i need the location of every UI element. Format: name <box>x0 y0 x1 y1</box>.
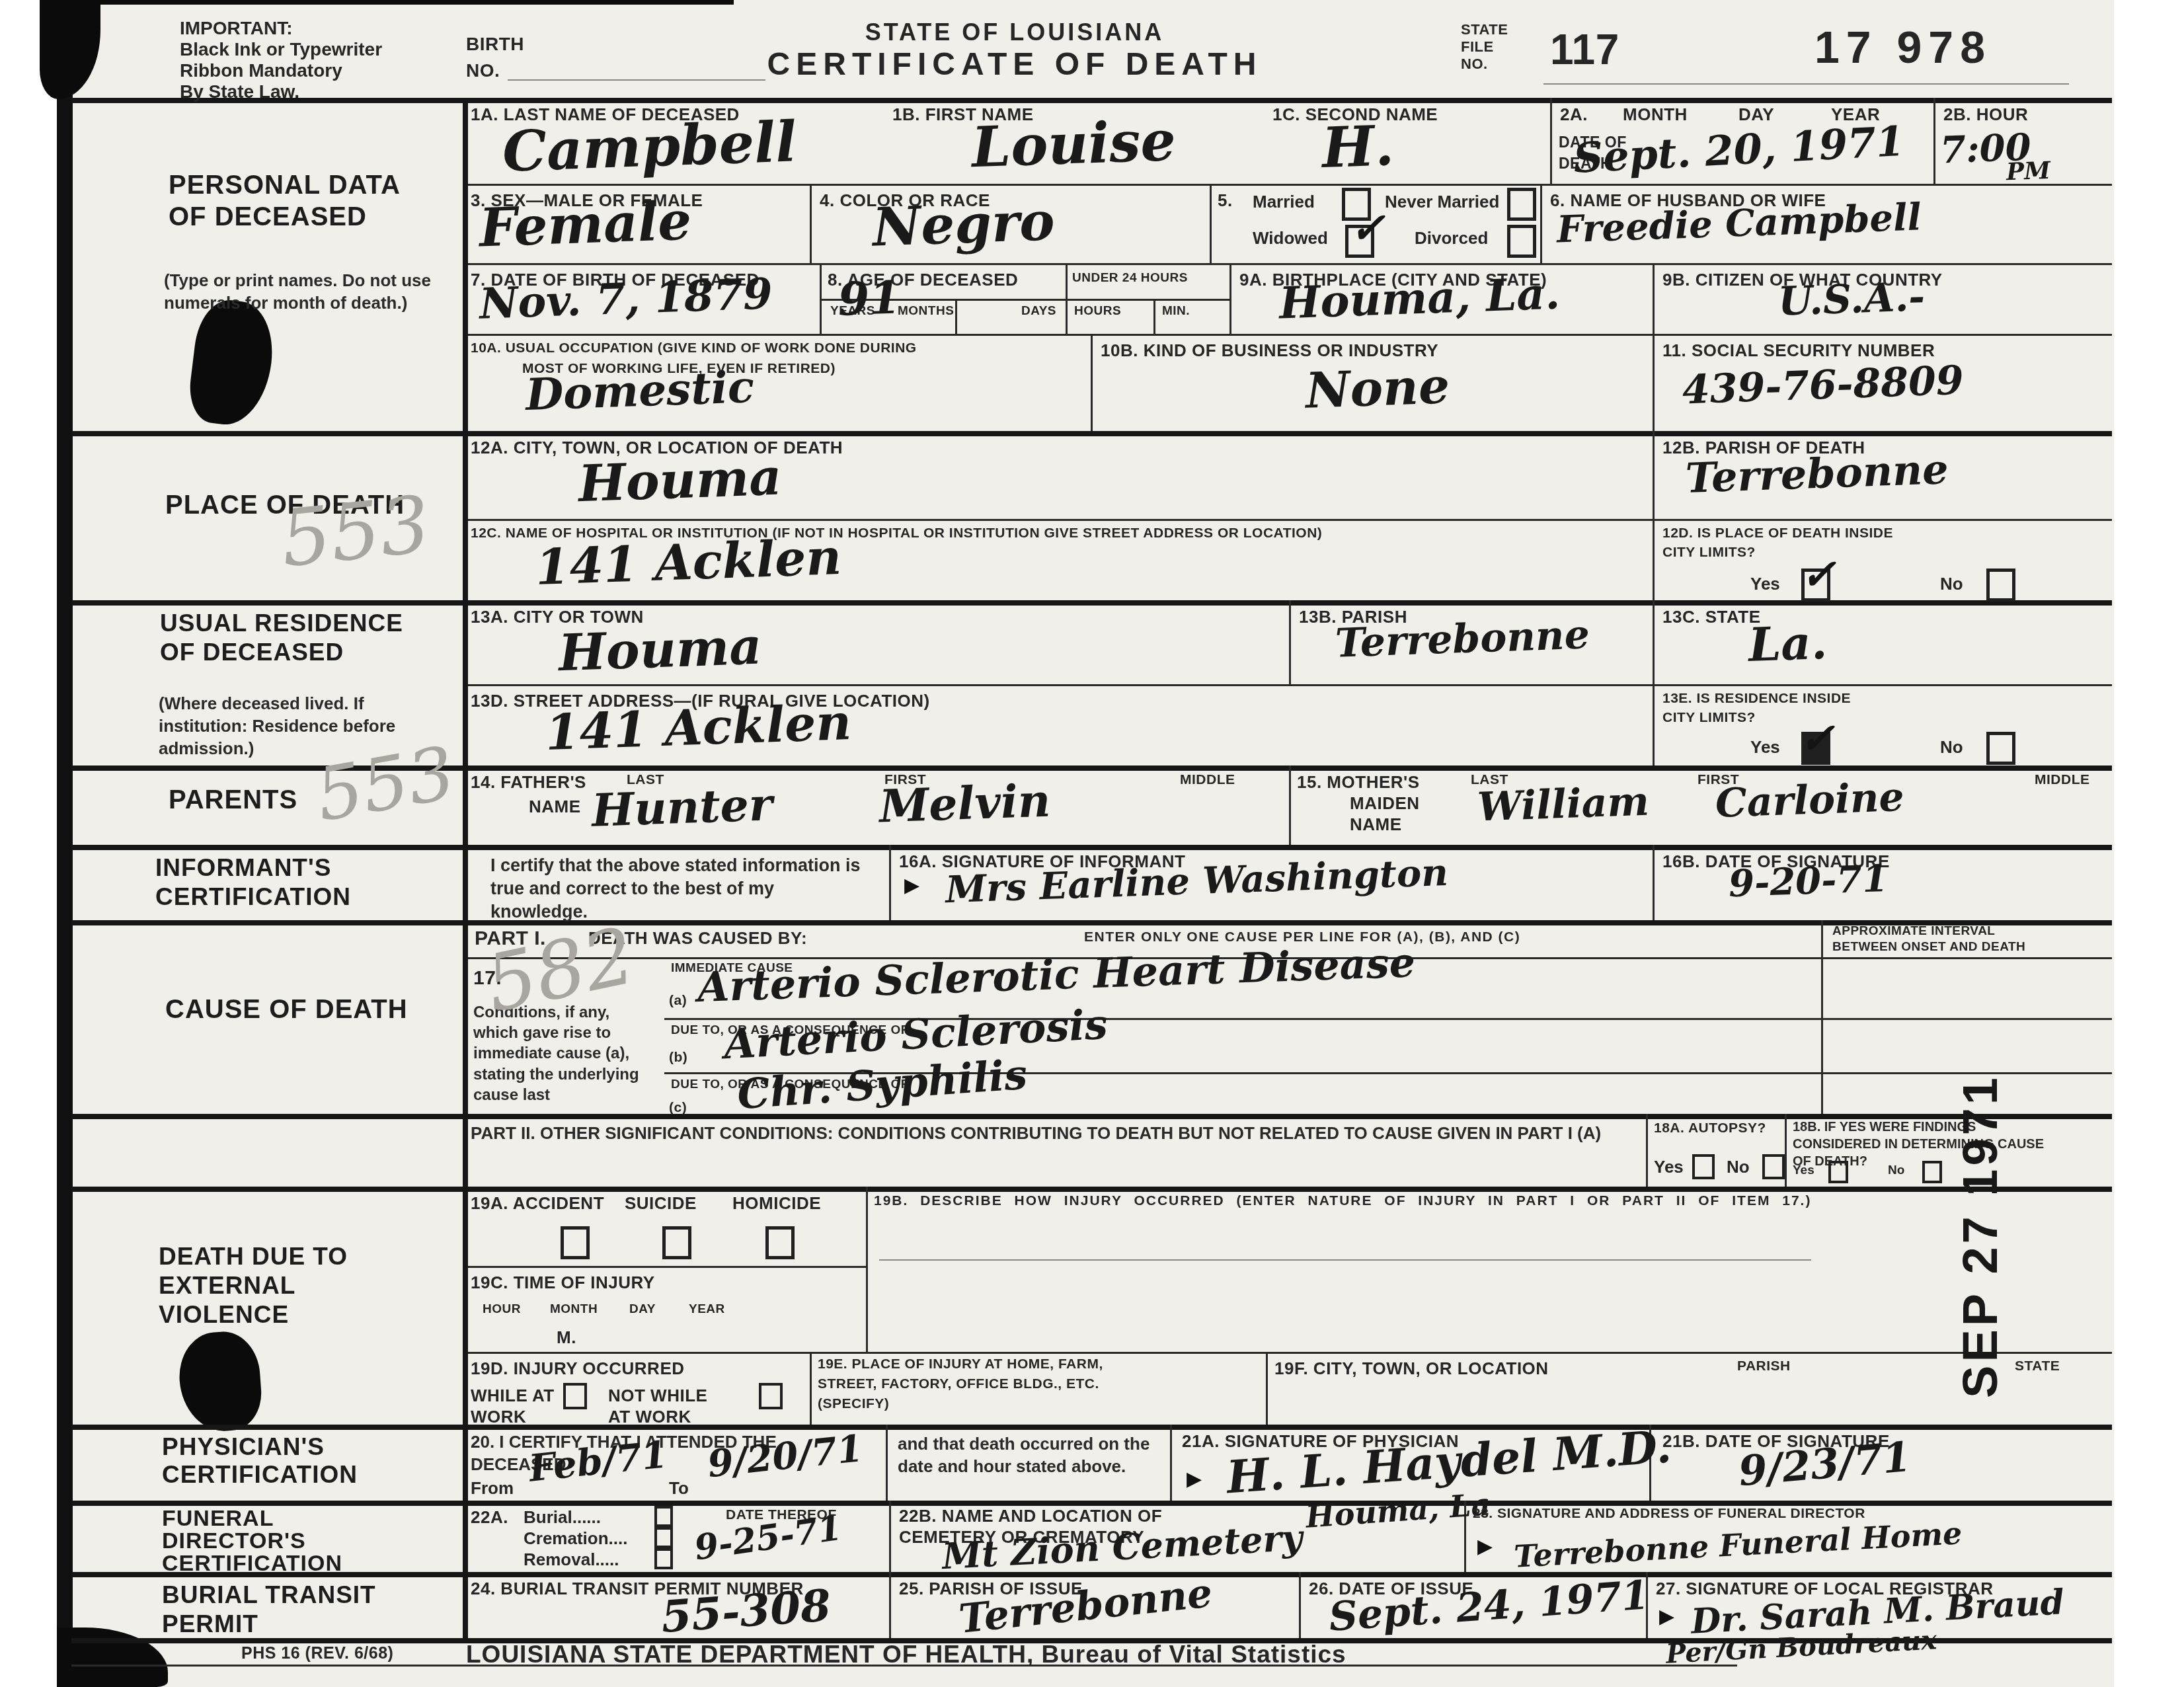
important-note-line3: Ribbon Mandatory <box>180 59 342 81</box>
field-18b-yes: Yes <box>1793 1163 1814 1178</box>
rule <box>955 299 957 334</box>
rule <box>1153 299 1155 334</box>
rule <box>1170 1425 1172 1501</box>
field-8-months: MONTHS <box>898 304 954 319</box>
informant-certify-text: I certify that the above stated informat… <box>490 854 874 923</box>
rule <box>463 519 2112 521</box>
section-personal-data: PERSONAL DATA <box>169 171 401 200</box>
field-2b-ampm: PM <box>2006 157 2050 186</box>
rule <box>1289 600 1291 684</box>
while-at-work-checkbox <box>563 1383 587 1409</box>
interval-label2: BETWEEN ONSET AND DEATH <box>1832 940 2025 955</box>
field-19d-while1: WHILE AT <box>471 1386 555 1406</box>
rule <box>71 98 2112 103</box>
rule <box>71 920 2112 925</box>
field-22a-cremation: Cremation.... <box>524 1528 627 1549</box>
registrar-arrow-icon: ▶ <box>1659 1605 1674 1628</box>
field-19d-notwhile2: AT WORK <box>608 1407 691 1427</box>
field-12b-value: Terrebonne <box>1685 445 1949 502</box>
field-13c-value: La. <box>1748 615 1828 672</box>
field-13a-value: Houma <box>558 617 763 683</box>
field-8-hours: HOURS <box>1074 304 1121 319</box>
field-20-occurred: and that death occurred on the date and … <box>898 1433 1162 1478</box>
field-12c-value: 141 Acklen <box>535 529 843 596</box>
homicide-checkbox <box>765 1226 795 1259</box>
field-19c-m: M. <box>557 1327 576 1348</box>
field-12d-yes: Yes <box>1750 574 1780 594</box>
rule <box>71 1501 2112 1506</box>
important-note-line4: By State Law. <box>180 81 299 102</box>
field-2a-label: 2A. <box>1560 104 1588 125</box>
field-8-days: DAYS <box>1021 304 1056 319</box>
rule <box>1653 600 1655 684</box>
field-9b-value: U.S.A.- <box>1777 274 1926 325</box>
field-13e-no-box <box>1986 732 2015 765</box>
part2-label: PART II. OTHER SIGNIFICANT CONDITIONS: C… <box>471 1122 1634 1145</box>
interval-label1: APPROXIMATE INTERVAL <box>1832 924 1995 939</box>
important-note-line1: IMPORTANT: <box>180 17 293 39</box>
field-22b-label1: 22B. NAME AND LOCATION OF <box>899 1506 1162 1526</box>
rule <box>71 1572 2112 1577</box>
field-18a-no: No <box>1727 1157 1750 1177</box>
birth-no-label2: NO. <box>466 59 500 81</box>
not-while-at-work-checkbox <box>759 1383 783 1409</box>
section-usual-residence: USUAL RESIDENCE <box>160 609 403 637</box>
scan-top-edge <box>59 0 734 5</box>
rule <box>1933 98 1935 184</box>
section-burial-transit2: PERMIT <box>162 1610 258 1638</box>
rule <box>820 263 822 334</box>
field-19b-label: 19B. DESCRIBE HOW INJURY OCCURRED (ENTER… <box>874 1193 1811 1210</box>
field-19c-label: 19C. TIME OF INJURY <box>471 1273 655 1293</box>
field-10a-label: 10A. USUAL OCCUPATION (GIVE KIND OF WORK… <box>471 340 917 357</box>
field-13e-label2: CITY LIMITS? <box>1662 710 1756 726</box>
field-19a-label: 19A. ACCIDENT <box>471 1193 604 1214</box>
field-19c-day: DAY <box>629 1302 656 1317</box>
pencil-mark-553-place: 553 <box>276 479 434 585</box>
physician-arrow-icon: ▶ <box>1187 1468 1202 1491</box>
field-13b-value: Terrebonne <box>1335 611 1590 666</box>
section-physician2: CERTIFICATION <box>162 1461 358 1489</box>
field-19e-label1: 19E. PLACE OF INJURY AT HOME, FARM, <box>818 1356 1103 1373</box>
cause-c-label: (c) <box>669 1100 687 1117</box>
field-13e-label: 13E. IS RESIDENCE INSIDE <box>1662 691 1851 707</box>
rule <box>889 1501 891 1572</box>
stamp-text: SEP 27 1971 <box>1952 1074 2008 1398</box>
rule <box>866 1187 868 1352</box>
field-18a-no-box <box>1762 1154 1785 1179</box>
field-10b-label: 10B. KIND OF BUSINESS OR INDUSTRY <box>1101 340 1438 361</box>
section-funeral3: CERTIFICATION <box>162 1551 342 1577</box>
state-file-number2: 17 978 <box>1814 21 1992 74</box>
field-12d-checkmark: ✓ <box>1801 550 1836 600</box>
funeral-director-arrow-icon: ▶ <box>1477 1535 1493 1558</box>
field-19a-suicide: SUICIDE <box>625 1193 697 1214</box>
field-22a-removal: Removal..... <box>524 1550 619 1570</box>
field-13d-value: 141 Acklen <box>545 694 853 762</box>
rule <box>1550 98 1552 184</box>
rule <box>463 98 468 1638</box>
field-5-divorced: Divorced <box>1415 228 1488 249</box>
rule <box>1543 83 2069 85</box>
field-18a-yes-box <box>1692 1154 1715 1179</box>
field-14-name: NAME <box>529 797 581 817</box>
section-cause-of-death: CAUSE OF DEATH <box>165 995 408 1025</box>
field-19f-label: 19F. CITY, TOWN, OR LOCATION <box>1274 1358 1549 1379</box>
suicide-checkbox <box>662 1226 691 1259</box>
accident-checkbox <box>561 1226 590 1259</box>
section-personal-data2: OF DECEASED <box>169 202 367 232</box>
field-22a-label: 22A. <box>471 1507 508 1528</box>
field-22a-burial: Burial...... <box>524 1507 601 1528</box>
scanned-death-certificate: { "header": { "important1": "IMPORTANT:"… <box>0 0 2184 1687</box>
field-16b-value: 9-20-71 <box>1728 857 1889 906</box>
received-date-stamp: SEP 27 1971 <box>1861 1084 2099 1388</box>
birth-no-label1: BIRTH <box>466 33 524 55</box>
field-2b-label: 2B. HOUR <box>1943 104 2028 125</box>
field-11-value: 439-76-8809 <box>1682 358 1965 414</box>
rule <box>1210 184 1212 263</box>
field-12a-value: Houma <box>578 448 783 514</box>
signature-arrow-icon: ▶ <box>904 874 919 897</box>
removal-checkbox <box>654 1548 673 1569</box>
field-19d-label: 19D. INJURY OCCURRED <box>471 1358 685 1379</box>
rule <box>1289 765 1291 845</box>
field-18b-yes-box <box>1828 1161 1848 1183</box>
field-5-label: 5. <box>1218 190 1233 211</box>
field-8-min: MIN. <box>1162 304 1190 319</box>
rule <box>810 1352 812 1425</box>
form-number: PHS 16 (REV. 6/68) <box>241 1644 393 1664</box>
field-3-value: Female <box>478 189 692 258</box>
rule <box>71 845 2112 850</box>
rule <box>463 334 2112 336</box>
field-5-never-married: Never Married <box>1385 192 1499 212</box>
section-usual-residence2: OF DECEASED <box>160 639 344 666</box>
rule <box>1653 431 1655 600</box>
rule <box>1266 1352 1268 1425</box>
state-title: STATE OF LOUISIANA <box>760 19 1269 46</box>
mother-last-value: William <box>1477 778 1650 830</box>
widowed-checkmark: ✓ <box>1350 204 1385 253</box>
field-1a-value: Campbell <box>501 108 797 184</box>
section-violence3: VIOLENCE <box>159 1301 289 1329</box>
field-13e-no: No <box>1940 737 1963 758</box>
field-15-middle: MIDDLE <box>2035 772 2090 789</box>
rule <box>463 684 2112 686</box>
rule <box>1821 920 1823 1114</box>
field-1b-value: Louise <box>970 108 1177 180</box>
field-13c-label: 13C. STATE <box>1662 607 1761 627</box>
cremation-checkbox <box>654 1527 673 1548</box>
field-2a-month: MONTH <box>1623 104 1688 125</box>
field-4-value: Negro <box>871 190 1056 258</box>
important-note-line2: Black Ink or Typewriter <box>180 38 382 60</box>
field-13e-checkmark: ✓ <box>1799 714 1835 764</box>
father-last-value: Hunter <box>591 778 773 838</box>
field-20-to: To <box>669 1478 689 1499</box>
rule <box>810 184 812 263</box>
field-8-under24: UNDER 24 HOURS <box>1072 271 1188 286</box>
rule <box>1653 845 1655 920</box>
field-15-maiden: MAIDEN <box>1350 793 1420 814</box>
rule <box>889 845 891 920</box>
scan-left-edge <box>57 0 73 1687</box>
field-2a-day: DAY <box>1738 104 1774 125</box>
never-married-checkbox <box>1507 188 1536 221</box>
field-14-middle: MIDDLE <box>1180 772 1235 789</box>
field-9a-value: Houma, La. <box>1278 268 1561 329</box>
field-19d-while2: WORK <box>471 1407 526 1427</box>
state-file-number: 117 <box>1550 25 1619 75</box>
department-footer: LOUISIANA STATE DEPARTMENT OF HEALTH, Bu… <box>466 1640 1346 1669</box>
rule <box>71 1425 2112 1430</box>
rule <box>1653 263 1655 431</box>
cause-a-label: (a) <box>669 993 687 1009</box>
rule <box>1540 184 1542 263</box>
rule <box>1653 684 1655 765</box>
field-19d-notwhile1: NOT WHILE <box>608 1386 707 1406</box>
field-7-value: Nov. 7, 1879 <box>479 269 773 329</box>
field-19a-homicide: HOMICIDE <box>732 1193 821 1214</box>
mother-first-value: Carloine <box>1715 774 1905 827</box>
rule <box>1646 1114 1648 1187</box>
section-burial-transit: BURIAL TRANSIT <box>162 1581 376 1609</box>
field-13e-yes: Yes <box>1750 737 1780 758</box>
rule <box>463 1266 866 1268</box>
field-19f-parish: PARISH <box>1737 1358 1791 1375</box>
field-10a-value: Domestic <box>525 361 755 420</box>
section-parents: PARENTS <box>169 785 297 815</box>
rule <box>71 431 2112 436</box>
rule <box>71 1187 2112 1192</box>
field-1c-value: H. <box>1321 112 1395 180</box>
section-physician: PHYSICIAN'S <box>162 1433 325 1461</box>
burial-checkbox <box>654 1506 673 1527</box>
field-11-label: 11. SOCIAL SECURITY NUMBER <box>1662 340 1935 361</box>
father-first-value: Melvin <box>878 775 1052 834</box>
field-12d-no-box <box>1986 569 2015 602</box>
field-19e-label3: (SPECIFY) <box>818 1396 889 1413</box>
section-violence1: DEATH DUE TO <box>159 1243 348 1271</box>
rule <box>463 263 2112 265</box>
field-18a-yes: Yes <box>1654 1157 1684 1177</box>
field-5-married: Married <box>1253 192 1315 212</box>
state-file-label3: NO. <box>1461 56 1488 73</box>
field-15-label: 15. MOTHER'S <box>1297 772 1420 793</box>
section-violence2: EXTERNAL <box>159 1272 295 1300</box>
rule <box>463 184 2112 186</box>
rule <box>1091 334 1093 431</box>
rule <box>1229 263 1231 334</box>
rule <box>1785 1114 1787 1187</box>
field-20-from: From <box>471 1478 514 1499</box>
field-19c-year: YEAR <box>689 1302 725 1317</box>
divorced-checkbox <box>1507 225 1536 258</box>
field-12d-no: No <box>1940 574 1963 594</box>
section-personal-note: (Type or print names. Do not use numeral… <box>164 270 455 315</box>
rule <box>1066 263 1068 334</box>
field-23-label: 23. SIGNATURE AND ADDRESS OF FUNERAL DIR… <box>1473 1506 1865 1522</box>
rule <box>1299 1572 1301 1638</box>
rule <box>886 1425 888 1501</box>
rule <box>889 1572 891 1638</box>
field-19c-month: MONTH <box>550 1302 598 1317</box>
answer-line <box>879 1259 1811 1261</box>
certificate-title: CERTIFICATE OF DEATH <box>727 46 1302 84</box>
field-14-label: 14. FATHER'S <box>471 772 586 793</box>
state-file-label2: FILE <box>1461 38 1494 56</box>
field-5-widowed: Widowed <box>1253 228 1328 249</box>
field-12d-label2: CITY LIMITS? <box>1662 545 1756 561</box>
field-10b-value: None <box>1305 358 1451 420</box>
field-18a-label: 18A. AUTOPSY? <box>1654 1120 1766 1137</box>
section-informant2: CERTIFICATION <box>155 883 351 911</box>
field-15-name: NAME <box>1350 814 1402 835</box>
field-19c-hour: HOUR <box>483 1302 521 1317</box>
field-12d-label: 12D. IS PLACE OF DEATH INSIDE <box>1662 526 1893 542</box>
state-file-label1: STATE <box>1461 21 1508 38</box>
section-informant: INFORMANT'S <box>155 854 331 882</box>
cause-b-label: (b) <box>669 1050 687 1066</box>
field-8-value: 91 <box>838 271 902 326</box>
field-19e-label2: STREET, FACTORY, OFFICE BLDG., ETC. <box>818 1376 1099 1393</box>
